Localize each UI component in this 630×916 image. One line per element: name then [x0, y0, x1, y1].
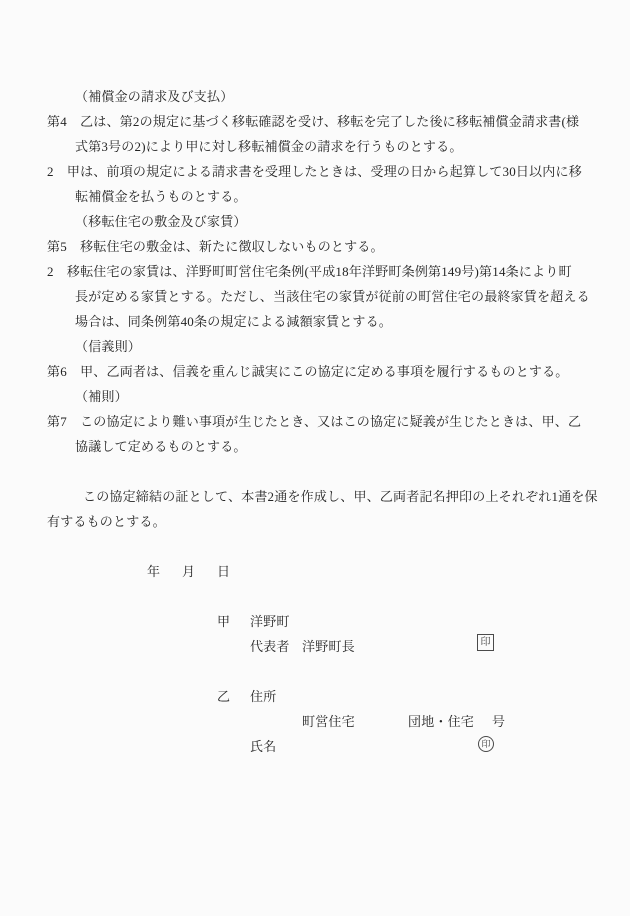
section-heading: （信義則） — [75, 334, 141, 359]
housing-unit-label: 号 — [492, 709, 505, 734]
clause-5-2-line: 場合は、同条例第40条の規定による減額家賃とする。 — [75, 309, 392, 334]
party-a-name: 洋野町 — [250, 609, 290, 634]
date-year-label: 年 — [147, 559, 160, 584]
document-page: （補償金の請求及び支払） 第4 乙は、第2の規定に基づく移転確認を受け、移転を完… — [0, 0, 630, 916]
clause-4-line: 式第3号の2)により甲に対し移転補償金の請求を行うものとする。 — [75, 134, 463, 159]
housing-estate-label: 団地・住宅 — [408, 709, 474, 734]
housing-name-label: 町営住宅 — [302, 709, 355, 734]
clause-4-2-line: 転補償金を払うものとする。 — [75, 184, 247, 209]
clause-7-line: 協議して定めるものとする。 — [75, 434, 247, 459]
closing-paragraph-line: この協定締結の証として、本書2通を作成し、甲、乙両者記名押印の上それぞれ1通を保 — [83, 484, 598, 509]
party-b-name-label: 氏名 — [250, 734, 276, 759]
square-seal-icon: 印 — [477, 634, 494, 651]
clause-5-2-line: 2 移転住宅の家賃は、洋野町町営住宅条例(平成18年洋野町条例第149号)第14… — [47, 259, 572, 284]
clause-4-line: 第4 乙は、第2の規定に基づく移転確認を受け、移転を完了した後に移転補償金請求書… — [47, 109, 579, 134]
section-heading: （補償金の請求及び支払） — [75, 84, 233, 109]
section-heading: （補則） — [75, 384, 128, 409]
representative-title: 洋野町長 — [302, 634, 355, 659]
clause-4-2-line: 2 甲は、前項の規定による請求書を受理したときは、受理の日から起算して30日以内… — [47, 159, 582, 184]
section-heading: （移転住宅の敷金及び家賃） — [75, 209, 247, 234]
closing-paragraph-line: 有するものとする。 — [47, 509, 166, 534]
date-month-label: 月 — [182, 559, 195, 584]
date-day-label: 日 — [217, 559, 230, 584]
clause-5-2-line: 長が定める家賃とする。ただし、当該住宅の家賃が従前の町営住宅の最終家賃を超える — [75, 284, 590, 309]
round-seal-icon: 印 — [478, 736, 494, 752]
party-b-address-label: 住所 — [250, 684, 276, 709]
clause-5-line: 第5 移転住宅の敷金は、新たに徴収しないものとする。 — [47, 234, 384, 259]
party-b-label: 乙 — [217, 684, 230, 709]
representative-label: 代表者 — [250, 634, 290, 659]
party-a-label: 甲 — [217, 609, 230, 634]
clause-7-line: 第7 この協定により難い事項が生じたとき、又はこの協定に疑義が生じたときは、甲、… — [47, 409, 581, 434]
clause-6-line: 第6 甲、乙両者は、信義を重んじ誠実にこの協定に定める事項を履行するものとする。 — [47, 359, 569, 384]
